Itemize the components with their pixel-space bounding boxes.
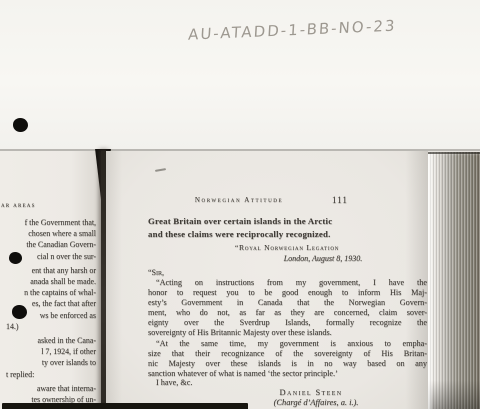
text-line: anada shall be made. <box>0 276 96 287</box>
letterhead: “Royal Norwegian Legation <box>148 243 426 252</box>
left-running-head: ar areas <box>1 202 36 209</box>
hole-punch-dot <box>12 305 27 319</box>
text-line: honor to request you to be good enough t… <box>148 288 427 298</box>
archival-reference-code: AU-ATADD-1-BB-NO-23 <box>188 14 449 43</box>
book-fore-edge <box>428 152 480 409</box>
right-page-header: Norwegian Attitude 111 <box>106 196 428 208</box>
dateline: London, August 8, 1930. <box>184 254 462 263</box>
text-line: ent that any harsh or <box>0 265 96 276</box>
text-line: ment, who do not, as far as they are con… <box>148 308 427 318</box>
hole-punch-dot <box>9 252 22 264</box>
right-page: Norwegian Attitude 111 Great Britain ove… <box>106 151 428 409</box>
text-line: t replied: <box>0 369 96 380</box>
text-line: esty’s Government in Canada that the Nor… <box>148 298 427 308</box>
valediction: I have, &c. <box>156 378 192 387</box>
text-line: asked in the Cana- <box>0 335 96 346</box>
letter-body: “Acting on instructions from my governme… <box>148 278 427 379</box>
text-line: chosen where a small <box>0 228 96 239</box>
page-number: 111 <box>332 195 348 205</box>
right-running-head: Norwegian Attitude <box>168 196 310 204</box>
text-line: sovereignty of His Britannic Majesty ove… <box>148 328 427 338</box>
section-heading: Great Britain over certain islands in th… <box>148 215 430 240</box>
text-line: “At the same time, my government is anxi… <box>148 339 427 349</box>
text-line: the Canadian Govern- <box>0 239 96 250</box>
text-line: l 7, 1924, if other <box>0 346 96 357</box>
text-line: n the captains of whal- <box>0 287 96 298</box>
text-line: 14.) <box>0 321 96 332</box>
signature: Daniel Steen <box>206 388 416 397</box>
cover-sheet: AU-ATADD-1-BB-NO-23 <box>0 0 480 151</box>
text-line: ty over islands to <box>0 357 96 368</box>
text-line: “Acting on instructions from my governme… <box>148 278 427 288</box>
heading-line: Great Britain over certain islands in th… <box>148 215 430 228</box>
hole-punch-dot <box>13 118 28 132</box>
text-line: nic Majesty over these islands is in no … <box>148 359 427 369</box>
text-line: eignty over the Sverdrup Islands, formal… <box>148 318 427 328</box>
text-line: f the Government that, <box>0 217 96 228</box>
book-scan: ar areas f the Government that,chosen wh… <box>0 151 480 409</box>
text-line: aware that interna- <box>0 383 96 394</box>
heading-line: and these claims were reciprocally recog… <box>148 228 430 241</box>
scan-black-edge <box>2 403 248 409</box>
salutation: “Sir, <box>148 268 164 277</box>
left-page: ar areas f the Government that,chosen wh… <box>0 151 102 409</box>
text-line: size that their recognizance of the sove… <box>148 349 427 359</box>
scanned-document-photo: AU-ATADD-1-BB-NO-23 ar areas f the Gover… <box>0 0 480 409</box>
